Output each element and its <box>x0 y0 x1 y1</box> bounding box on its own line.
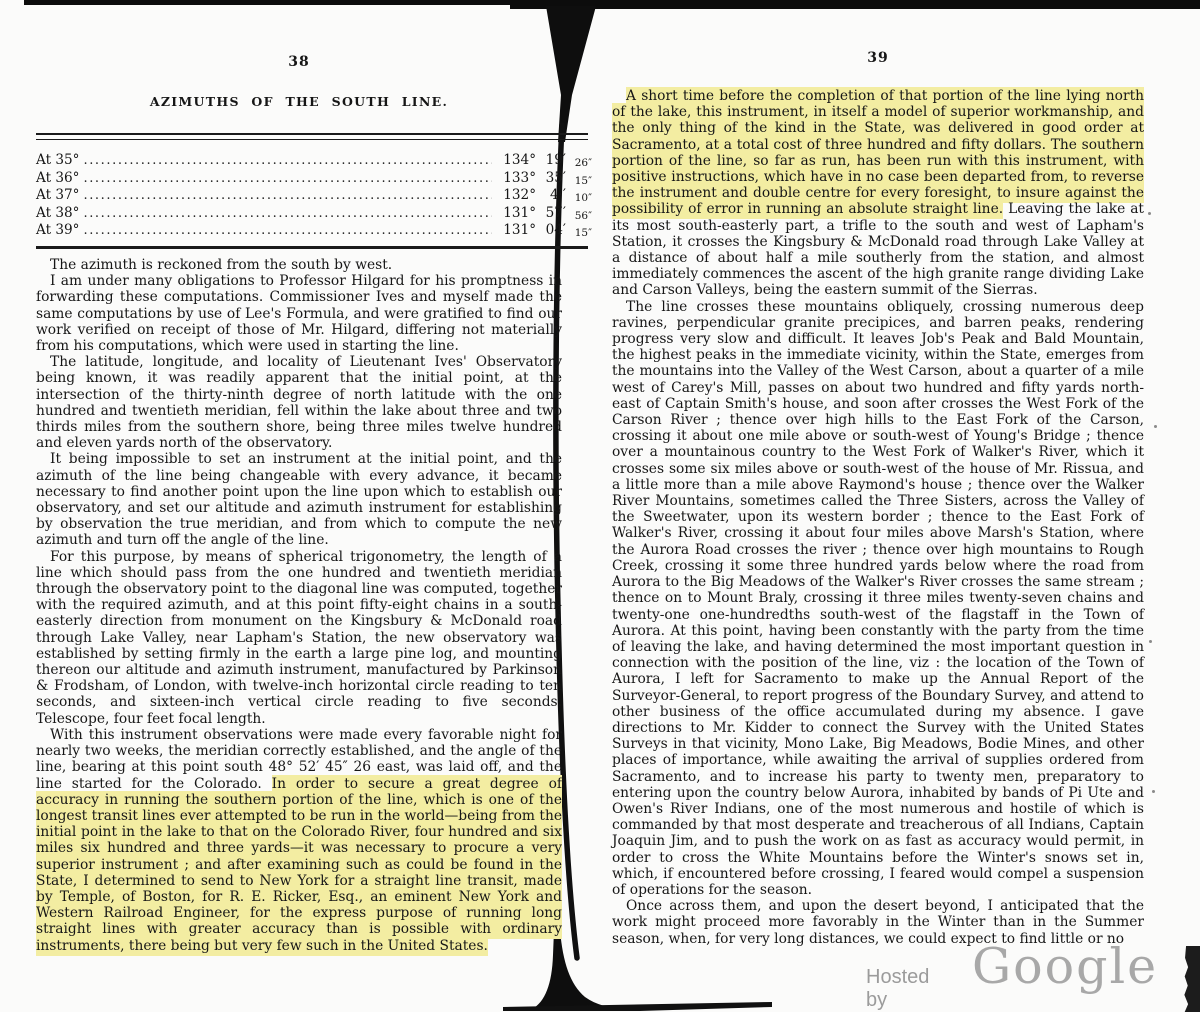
paragraph: The azimuth is reckoned from the south b… <box>36 257 562 273</box>
body-text: I am under many obligations to Professor… <box>36 273 562 354</box>
highlighted-text: A short time before the completion of th… <box>612 87 1144 219</box>
paragraph: It being impossible to set an instrument… <box>36 451 562 548</box>
scan-speck <box>1149 640 1152 643</box>
book-scan: 38 AZIMUTHS OF THE SOUTH LINE. At 35°134… <box>0 0 1200 1012</box>
azimuth-sec: 56″ <box>566 210 592 222</box>
paragraph: For this purpose, by means of spherical … <box>36 549 562 727</box>
azimuth-deg: 131° <box>496 205 536 221</box>
page-number: 39 <box>612 50 1144 66</box>
azimuth-min: 4·′ <box>536 187 566 203</box>
azimuth-tlabel: At 37° <box>36 187 79 203</box>
top-edge-bar <box>24 0 522 5</box>
body-text: The azimuth is reckoned from the south b… <box>50 257 392 273</box>
azimuth-sec: 10″ <box>566 192 592 204</box>
azimuth-leader <box>83 170 492 186</box>
table-rule-bottom <box>36 246 588 249</box>
left-page-text: The azimuth is reckoned from the south b… <box>36 257 562 954</box>
azimuth-min: 19′ <box>536 152 566 168</box>
running-head: AZIMUTHS OF THE SOUTH LINE. <box>36 94 562 109</box>
azimuth-table-row: At 36°133°35′15″ <box>36 170 592 188</box>
right-page-text: A short time before the completion of th… <box>612 88 1144 947</box>
paragraph: A short time before the completion of th… <box>612 88 1144 299</box>
page-edge-strip <box>1183 946 1200 1012</box>
top-edge-bar <box>510 0 1200 9</box>
azimuth-deg: 134° <box>496 152 536 168</box>
highlighted-text: In order to secure a great degree of acc… <box>36 775 562 956</box>
azimuth-min: 57′ <box>536 205 566 221</box>
paragraph: The line crosses these mountains oblique… <box>612 299 1144 899</box>
paragraph: The latitude, longitude, and locality of… <box>36 354 562 451</box>
azimuth-tlabel: At 36° <box>36 170 79 186</box>
azimuth-min: 04′ <box>536 222 566 238</box>
body-text: Once across them, and upon the desert be… <box>612 898 1144 946</box>
azimuth-tlabel: At 39° <box>36 222 79 238</box>
page-number: 38 <box>36 54 562 70</box>
scan-speck <box>1148 212 1151 215</box>
azimuth-deg: 132° <box>496 187 536 203</box>
azimuth-table-row: At 39°131°04′15″ <box>36 222 592 240</box>
table-rule-top <box>36 133 588 140</box>
azimuth-deg: 133° <box>496 170 536 186</box>
azimuth-leader <box>83 187 492 203</box>
azimuth-tlabel: At 35° <box>36 152 79 168</box>
paragraph: Once across them, and upon the desert be… <box>612 898 1144 947</box>
azimuth-table-row: At 38°131°57′56″ <box>36 205 592 223</box>
body-text: The line crosses these mountains oblique… <box>612 299 1144 898</box>
body-text: The latitude, longitude, and locality of… <box>36 354 562 451</box>
hosted-by-label: Hosted by <box>866 966 929 1012</box>
azimuth-table: At 35°134°19′26″At 36°133°35′15″At 37°13… <box>36 152 592 240</box>
azimuth-leader <box>83 152 492 168</box>
azimuth-deg: 131° <box>496 222 536 238</box>
azimuth-table-row: At 37°132°4·′10″ <box>36 187 592 205</box>
azimuth-min: 35′ <box>536 170 566 186</box>
azimuth-sec: 15″ <box>566 227 592 239</box>
paragraph: With this instrument observations were m… <box>36 727 562 954</box>
azimuth-sec: 26″ <box>566 157 592 169</box>
azimuth-table-row: At 35°134°19′26″ <box>36 152 592 170</box>
azimuth-tlabel: At 38° <box>36 205 79 221</box>
body-text: It being impossible to set an instrument… <box>36 451 562 548</box>
scan-speck <box>1152 790 1155 793</box>
paragraph: I am under many obligations to Professor… <box>36 273 562 354</box>
scan-speck <box>1154 425 1157 428</box>
azimuth-leader <box>83 222 492 238</box>
azimuth-sec: 15″ <box>566 175 592 187</box>
body-text: For this purpose, by means of spherical … <box>36 549 562 727</box>
azimuth-leader <box>83 205 492 221</box>
